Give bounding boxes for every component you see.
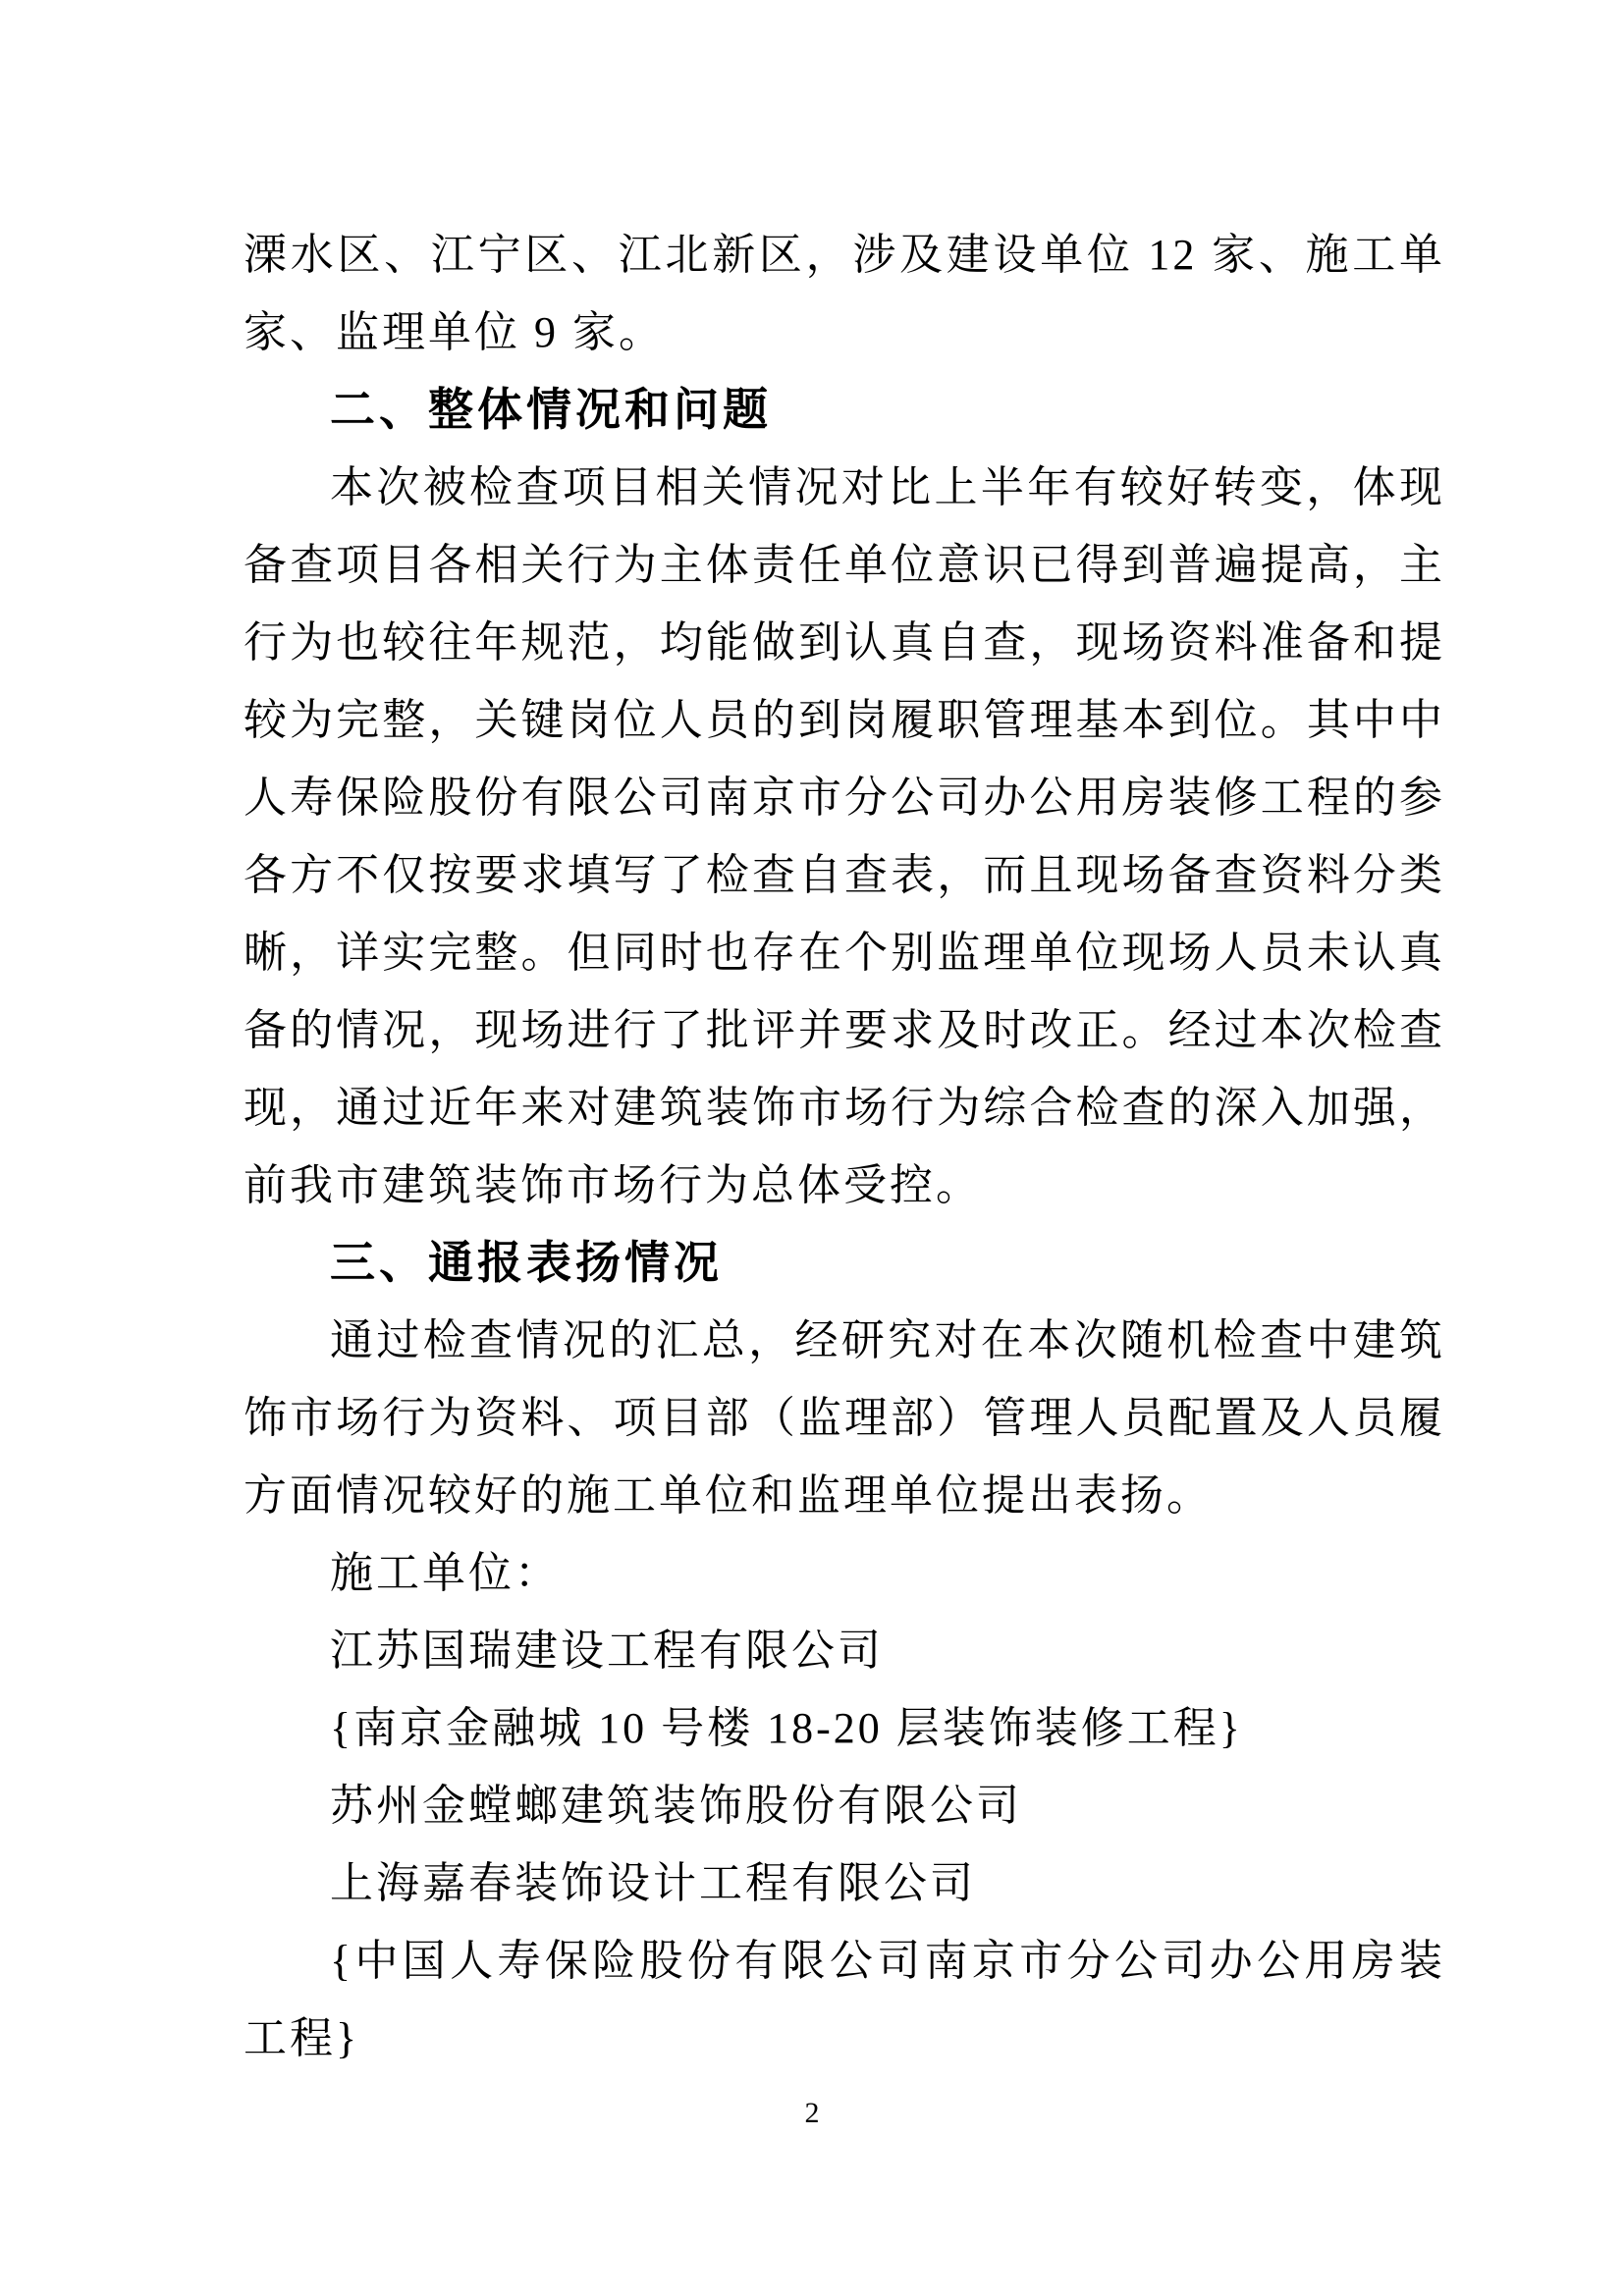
- section-heading: 三、通报表扬情况: [244, 1224, 1445, 1302]
- text-line: 晰，详实完整。但同时也存在个别监理单位现场人员未认真准: [244, 914, 1445, 991]
- text-line: 溧水区、江宁区、江北新区，涉及建设单位 12 家、施工单位 14: [244, 216, 1445, 294]
- text-line: 各方不仅按要求填写了检查自查表，而且现场备查资料分类明: [244, 836, 1445, 914]
- text-line: 备查项目各相关行为主体责任单位意识已得到普遍提高，主体: [244, 526, 1445, 604]
- text-line: 本次被检查项目相关情况对比上半年有较好转变，体现在: [244, 449, 1445, 526]
- text-line: 较为完整，关键岗位人员的到岗履职管理基本到位。其中中国: [244, 681, 1445, 759]
- section-heading: 二、整体情况和问题: [244, 371, 1445, 449]
- text-line: 江苏国瑞建设工程有限公司: [244, 1612, 1445, 1689]
- text-line: {中国人寿保险股份有限公司南京市分公司办公用房装修: [244, 1922, 1445, 2000]
- text-line: 备的情况，现场进行了批评并要求及时改正。经过本次检查发: [244, 991, 1445, 1069]
- text-line: 上海嘉春装饰设计工程有限公司: [244, 1844, 1445, 1922]
- text-line: 通过检查情况的汇总，经研究对在本次随机检查中建筑装: [244, 1302, 1445, 1379]
- text-line: 行为也较往年规范，均能做到认真自查，现场资料准备和提交: [244, 604, 1445, 681]
- text-line: 饰市场行为资料、项目部（监理部）管理人员配置及人员履职: [244, 1379, 1445, 1457]
- text-line: 方面情况较好的施工单位和监理单位提出表扬。: [244, 1457, 1445, 1534]
- text-line: 前我市建筑装饰市场行为总体受控。: [244, 1147, 1445, 1224]
- document-content: 溧水区、江宁区、江北新区，涉及建设单位 12 家、施工单位 14家、监理单位 9…: [244, 216, 1445, 2077]
- text-line: {南京金融城 10 号楼 18-20 层装饰装修工程}: [244, 1689, 1445, 1767]
- text-line: 家、监理单位 9 家。: [244, 294, 1445, 371]
- page-number: 2: [0, 2089, 1624, 2138]
- text-line: 现，通过近年来对建筑装饰市场行为综合检查的深入加强，目: [244, 1069, 1445, 1147]
- document-page: 溧水区、江宁区、江北新区，涉及建设单位 12 家、施工单位 14家、监理单位 9…: [0, 0, 1624, 2296]
- text-line: 苏州金螳螂建筑装饰股份有限公司: [244, 1767, 1445, 1844]
- text-line: 人寿保险股份有限公司南京市分公司办公用房装修工程的参建: [244, 759, 1445, 836]
- text-line: 工程}: [244, 2000, 1445, 2077]
- text-line: 施工单位：: [244, 1534, 1445, 1612]
